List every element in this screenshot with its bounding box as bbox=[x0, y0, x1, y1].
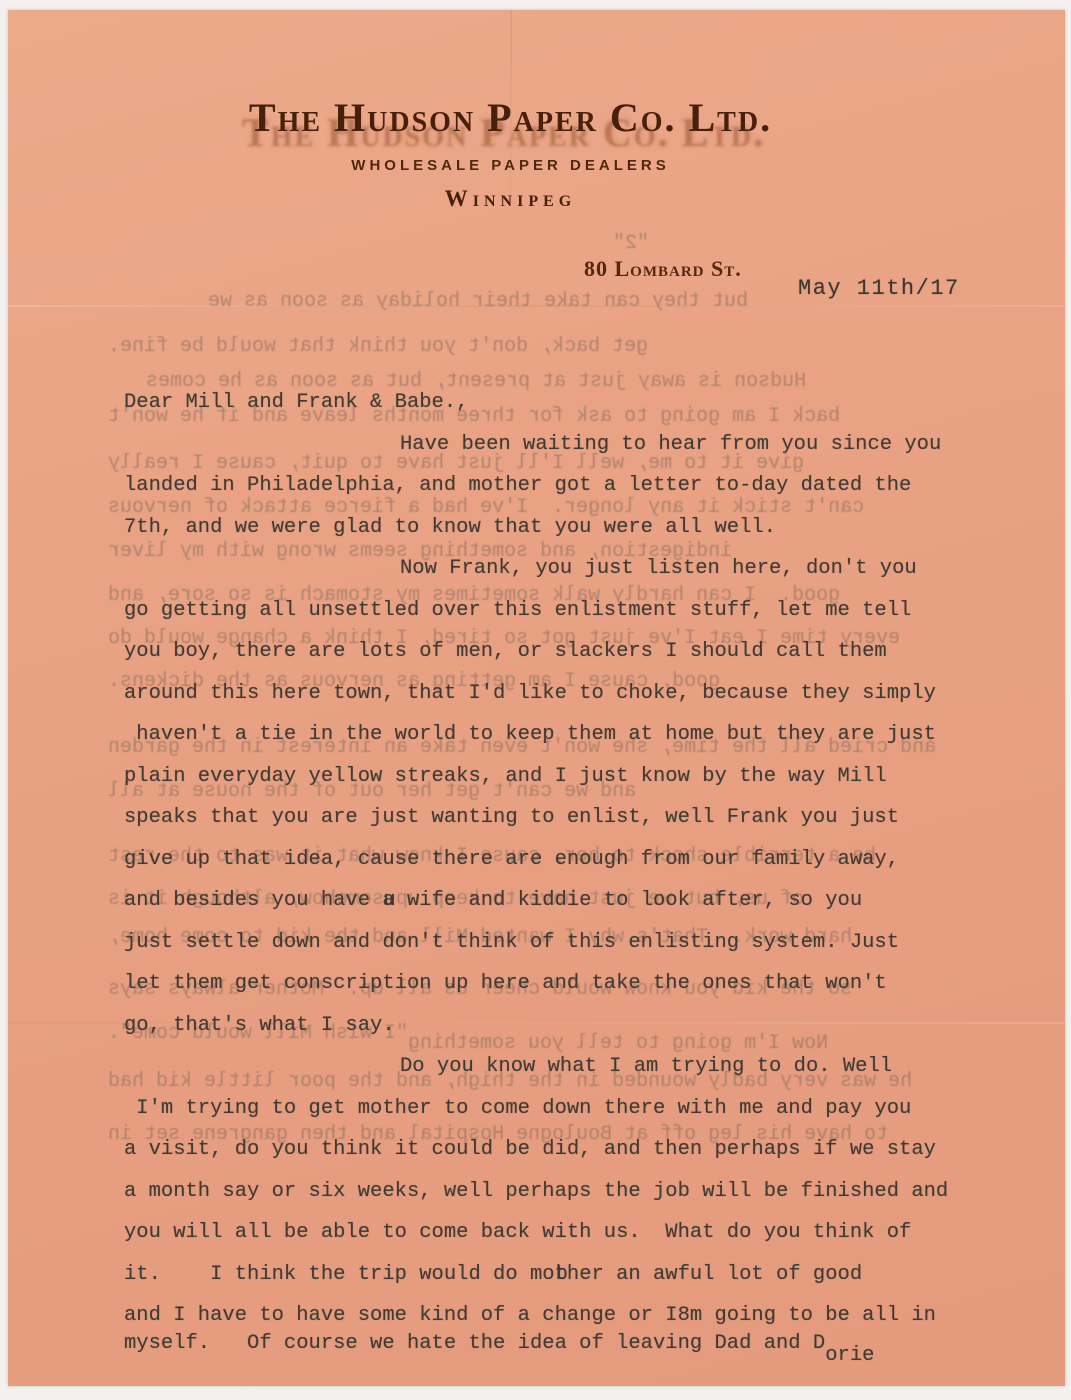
letter-line: you will all be able to come back with u… bbox=[124, 1212, 984, 1254]
bleedthrough-line: but they can take their holiday as soon … bbox=[208, 290, 748, 313]
letterhead: The Hudson Paper Co. Ltd. WHOLESALE PAPE… bbox=[8, 10, 1065, 212]
letter-line: Now Frank, you just listen here, don't y… bbox=[124, 548, 984, 590]
letter-line: landed in Philadelphia, and mother got a… bbox=[124, 465, 984, 507]
letter-line: Dear Mill and Frank & Babe., bbox=[124, 382, 984, 424]
letter-body: Dear Mill and Frank & Babe.,Have been wa… bbox=[124, 382, 984, 1364]
letter-line: Have been waiting to hear from you since… bbox=[124, 424, 984, 466]
letter-line: you boy, there are lots of men, or slack… bbox=[124, 631, 984, 673]
fold-crease bbox=[8, 305, 1065, 307]
company-tagline: WHOLESALE PAPER DEALERS bbox=[8, 157, 1013, 174]
letter-paper: "2"but they can take their holiday as so… bbox=[8, 10, 1065, 1386]
bleedthrough-line: "2" bbox=[613, 232, 649, 255]
bleedthrough-line: get back, don't you think that would be … bbox=[108, 335, 648, 358]
letter-line: haven't a tie in the world to keep them … bbox=[124, 714, 984, 756]
letter-line: just settle down and don't think of this… bbox=[124, 922, 984, 964]
letter-line: I'm trying to get mother to come down th… bbox=[124, 1088, 984, 1130]
letter-line: and besides you have au wife and kiddie … bbox=[124, 880, 984, 922]
letter-line: Do you know what I am trying to do. Well bbox=[124, 1046, 984, 1088]
letter-date: May 11th/17 bbox=[798, 276, 960, 301]
letter-line: 7th, and we were glad to know that you w… bbox=[124, 507, 984, 549]
letter-line: it. I think the trip would do motbher an… bbox=[124, 1254, 984, 1296]
company-city: Winnipeg bbox=[8, 186, 1013, 212]
scan-background: { "colors":{ "paper":"#e9a284", "typed_i… bbox=[0, 0, 1071, 1400]
letter-line: give up that idea, cause there are enoug… bbox=[124, 839, 984, 881]
letter-line: speaks that you are just wanting to enli… bbox=[124, 797, 984, 839]
company-address: 80 Lombard St. bbox=[584, 256, 742, 282]
letter-line: myself. Of course we hate the idea of le… bbox=[124, 1323, 984, 1365]
company-name: The Hudson Paper Co. Ltd. bbox=[8, 94, 1013, 141]
letter-line: a month say or six weeks, well perhaps t… bbox=[124, 1171, 984, 1213]
letter-line: plain everyday yellow streaks, and I jus… bbox=[124, 756, 984, 798]
letter-line: a visit, do you think it could be did, a… bbox=[124, 1129, 984, 1171]
letter-line: let them get conscription up here and ta… bbox=[124, 963, 984, 1005]
letter-line: go, that's what I say. bbox=[124, 1005, 984, 1047]
letter-line: go getting all unsettled over this enlis… bbox=[124, 590, 984, 632]
letter-line: around this here town, that I'd like to … bbox=[124, 673, 984, 715]
